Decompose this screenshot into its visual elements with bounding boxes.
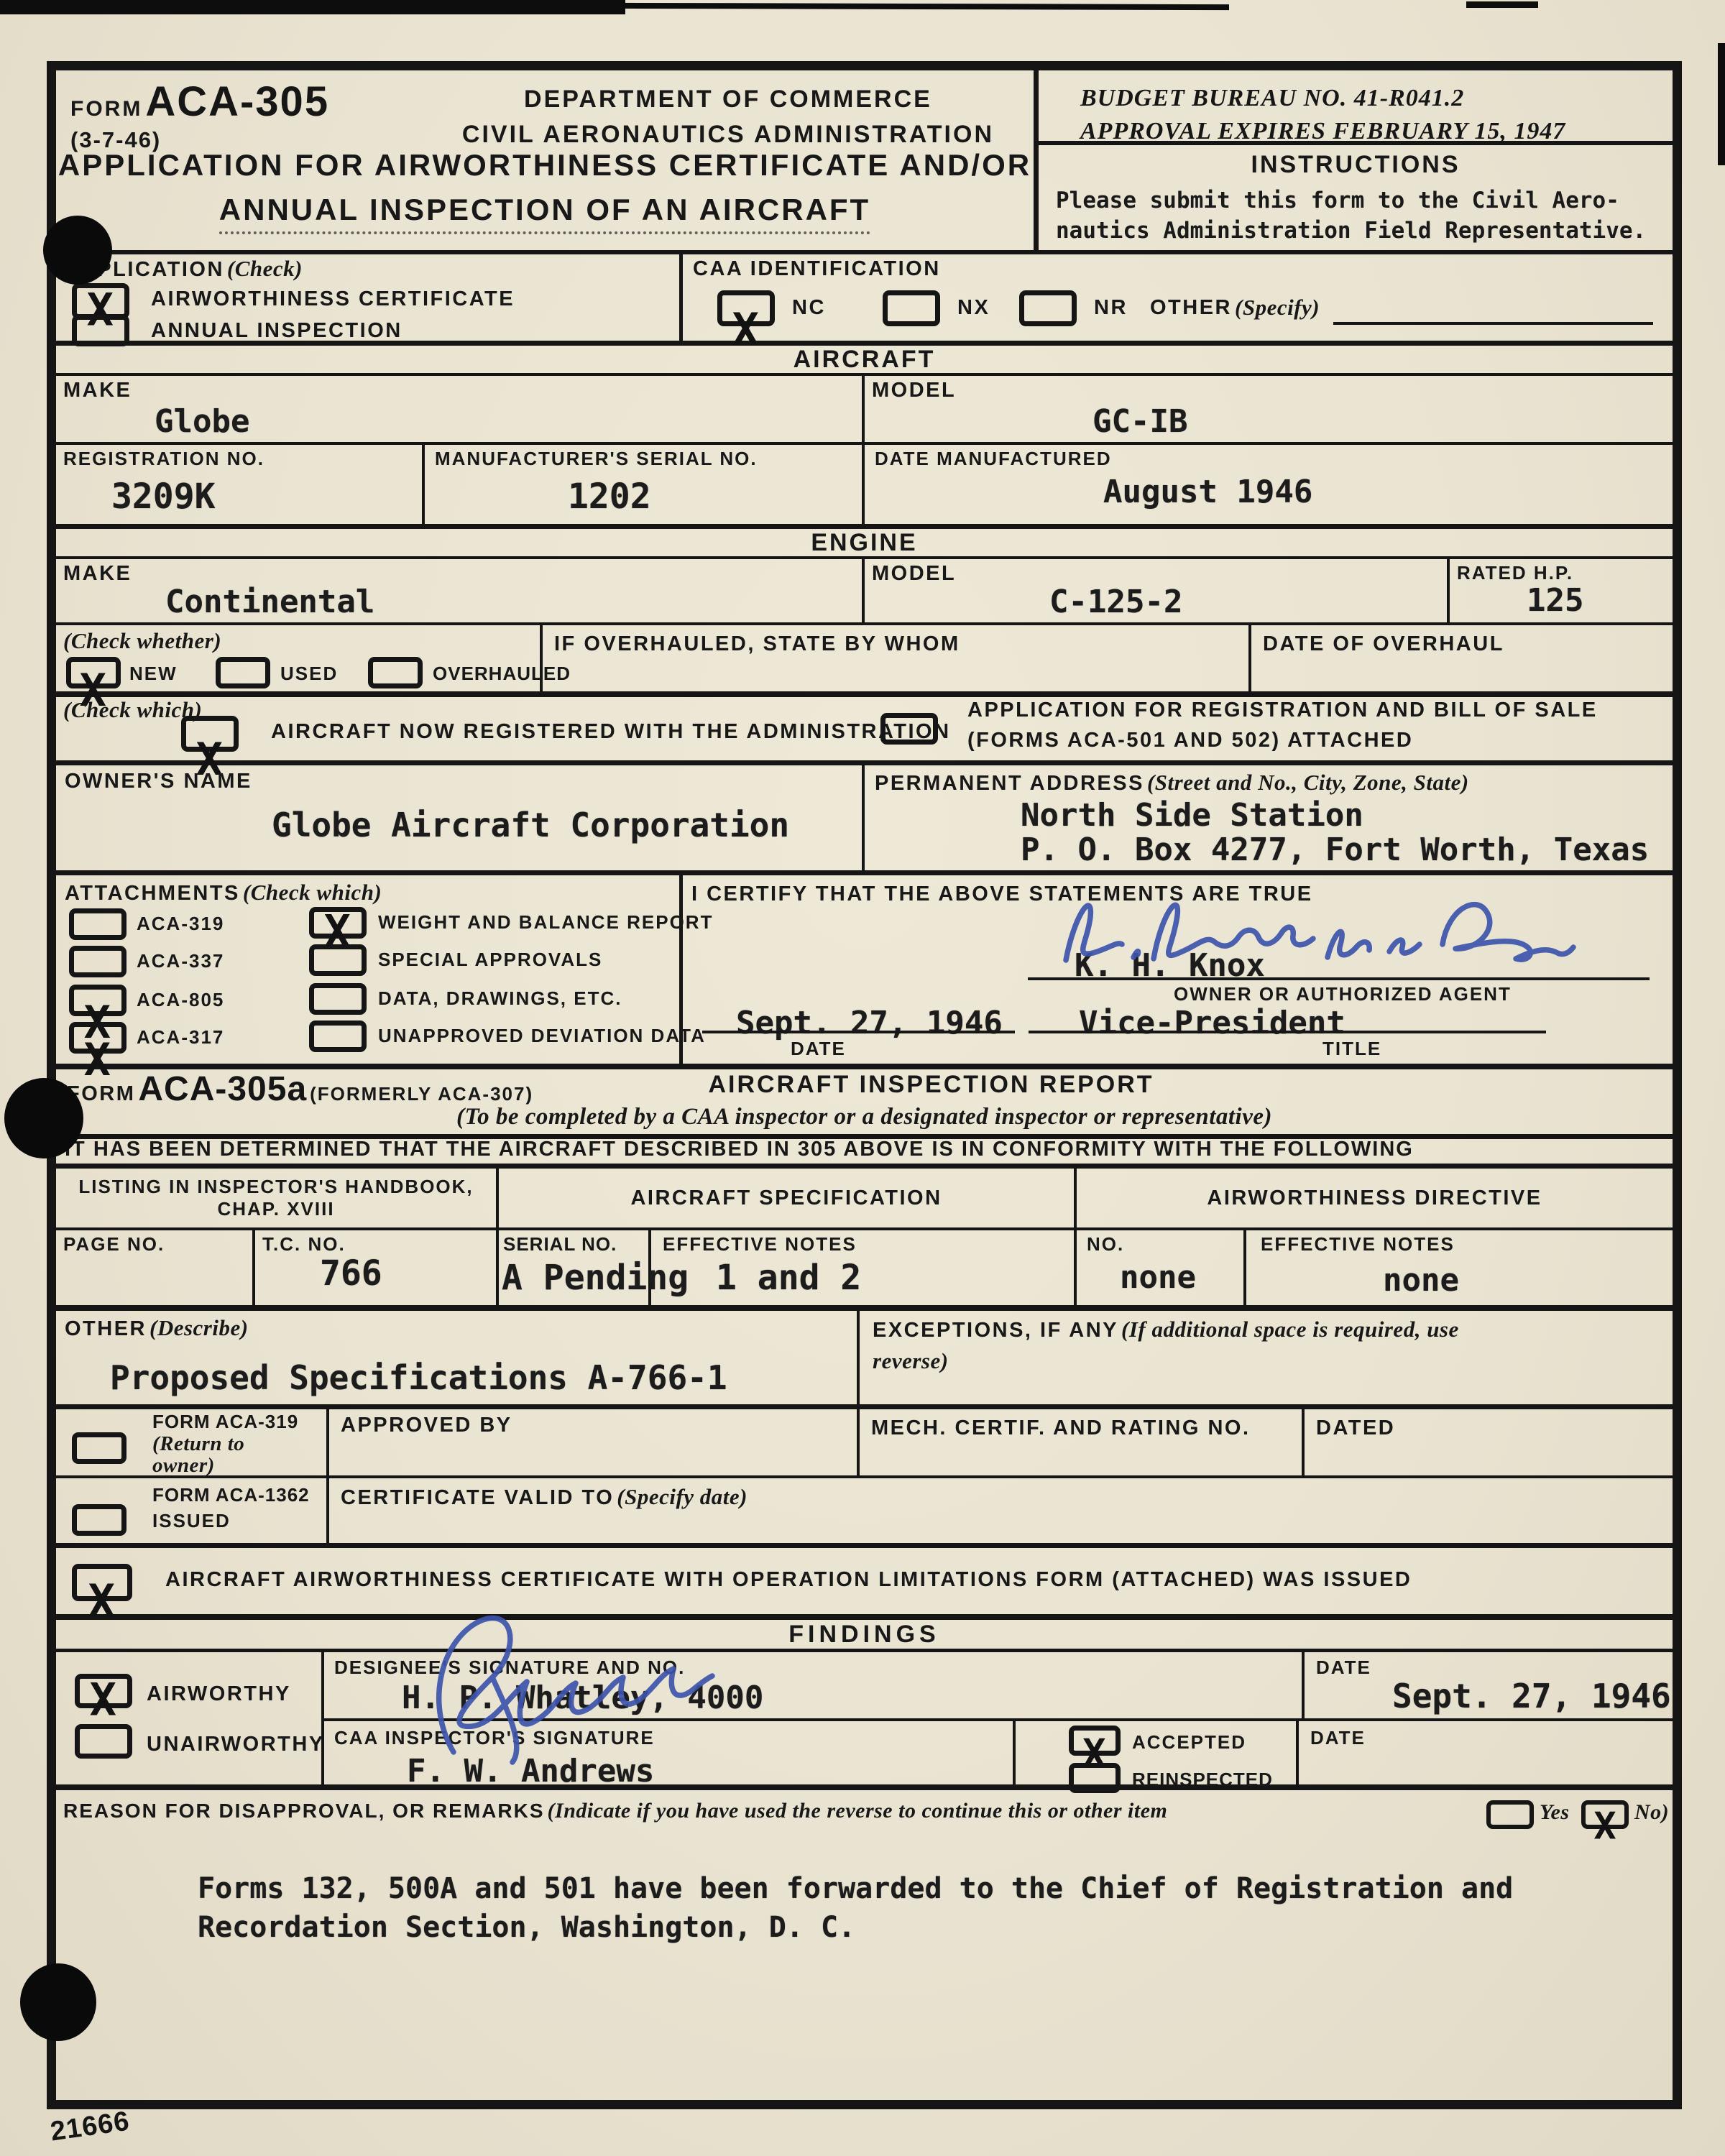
certification-title-label: TITLE — [1322, 1038, 1381, 1060]
aircraft-spec-header-cell: AIRCRAFT SPECIFICATION — [499, 1169, 1077, 1227]
header-row: FORM ACA-305 (3-7-46) DEPARTMENT OF COMM… — [56, 70, 1673, 254]
airworthiness-certificate-label: AIRWORTHINESS CERTIFICATE — [151, 287, 515, 311]
approved-by-label: APPROVED BY — [341, 1414, 512, 1437]
directive-no-label: NO. — [1087, 1233, 1124, 1256]
scanned-form-page: FORM ACA-305 (3-7-46) DEPARTMENT OF COMM… — [0, 0, 1725, 2156]
address-line2[interactable]: P. O. Box 4277, Fort Worth, Texas — [1021, 831, 1649, 868]
dept-line2: CIVIL AERONAUTICS ADMINISTRATION — [462, 121, 994, 148]
caa-identification-label: CAA IDENTIFICATION — [693, 257, 941, 281]
x-mark: X — [1593, 1808, 1616, 1846]
spec-table-header-row: LISTING IN INSPECTOR'S HANDBOOK, CHAP. X… — [56, 1169, 1673, 1230]
punch-hole-top — [43, 216, 112, 285]
certification-title-line[interactable] — [1029, 1003, 1546, 1033]
remarks-line2[interactable]: Recordation Section, Washington, D. C. — [198, 1911, 855, 1944]
other-describe-italic: (Describe) — [149, 1315, 249, 1340]
certification-cell: I CERTIFY THAT THE ABOVE STATEMENTS ARE … — [683, 875, 1673, 1064]
return-to-italic2: owner) — [152, 1454, 215, 1478]
designee-signature-cell: DESIGNEE'S SIGNATURE AND NO. H. P. Whatl… — [324, 1652, 1305, 1718]
form-title-line1: APPLICATION FOR AIRWORTHINESS CERTIFICAT… — [56, 148, 1034, 183]
special-approvals-label: SPECIAL APPROVALS — [378, 949, 602, 971]
aca-317-checkbox[interactable]: X — [69, 1022, 126, 1054]
dated-label: DATED — [1316, 1416, 1395, 1440]
certificate-valid-label: CERTIFICATE VALID TO — [341, 1486, 614, 1509]
exceptions-cell: EXCEPTIONS, IF ANY (If additional space … — [860, 1311, 1673, 1404]
certificate-issued-text: AIRCRAFT AIRWORTHINESS CERTIFICATE WITH … — [165, 1568, 1412, 1592]
aca-337-checkbox[interactable] — [69, 946, 126, 977]
registration-value[interactable]: 3209K — [111, 476, 216, 517]
directive-no-cell: NO. none — [1077, 1230, 1246, 1305]
address-line1[interactable]: North Side Station — [1021, 797, 1363, 834]
address-label: PERMANENT ADDRESS — [875, 772, 1144, 795]
inspector-row: CAA INSPECTOR'S SIGNATURE F. W. Andrews … — [324, 1721, 1673, 1784]
check-whether-cell: (Check whether) X NEW USED OVERHAULED — [56, 625, 543, 691]
serial-value[interactable]: 1202 — [568, 476, 651, 517]
unapproved-deviation-label: UNAPPROVED DEVIATION DATA — [378, 1025, 706, 1047]
certificate-valid-cell: CERTIFICATE VALID TO (Specify date) — [329, 1478, 1673, 1543]
certificate-valid-italic: (Specify date) — [617, 1484, 747, 1509]
inspection-formerly: (FORMERLY ACA-307) — [310, 1083, 533, 1105]
accepted-column: X ACCEPTED REINSPECTED — [1016, 1721, 1299, 1784]
aircraft-section-band: AIRCRAFT — [56, 346, 1673, 376]
directive-notes-label: EFFECTIVE NOTES — [1261, 1233, 1455, 1256]
aircraft-registration-row: REGISTRATION NO. 3209K MANUFACTURER'S SE… — [56, 445, 1673, 529]
form-number-block: FORM ACA-305 (3-7-46) — [70, 78, 329, 153]
findings-section-title: FINDINGS — [788, 1621, 939, 1649]
registration-cell: REGISTRATION NO. 3209K — [56, 445, 425, 524]
effective-notes-cell: EFFECTIVE NOTES 1 and 2 — [651, 1230, 1077, 1305]
scan-edge-mark — [0, 0, 625, 14]
scan-right-mark — [1718, 43, 1725, 165]
data-drawings-label: DATA, DRAWINGS, ETC. — [378, 987, 622, 1010]
aca-805-label: ACA-805 — [137, 989, 224, 1011]
owner-row: OWNER'S NAME Globe Aircraft Corporation … — [56, 765, 1673, 875]
inspection-report-header: FORM ACA-305a (FORMERLY ACA-307) AIRCRAF… — [56, 1069, 1673, 1139]
registration-label: REGISTRATION NO. — [63, 448, 264, 470]
data-drawings-checkbox[interactable] — [309, 983, 367, 1015]
used-checkbox[interactable] — [216, 657, 270, 688]
address-label-italic: (Street and No., City, Zone, State) — [1147, 770, 1469, 795]
disapproval-row: REASON FOR DISAPPROVAL, OR REMARKS (Indi… — [56, 1790, 1673, 1842]
application-cell: APPLICATION (Check) X AIRWORTHINESS CERT… — [56, 254, 683, 341]
nx-checkbox[interactable] — [883, 290, 940, 326]
directive-notes-cell: EFFECTIVE NOTES none — [1246, 1230, 1673, 1305]
inspector-date-cell: DATE — [1299, 1721, 1673, 1784]
approved-by-cell: APPROVED BY — [329, 1409, 860, 1475]
form-aca-1362-checkbox[interactable] — [72, 1504, 126, 1536]
form-aca-319-checkbox[interactable] — [72, 1432, 126, 1464]
caa-inspector-signature-cell: CAA INSPECTOR'S SIGNATURE F. W. Andrews — [324, 1721, 1016, 1784]
caa-identification-cell: CAA IDENTIFICATION X NC NX NR OTHER (Spe… — [683, 254, 1673, 341]
mech-certif-cell: MECH. CERTIF. AND RATING NO. — [860, 1409, 1305, 1475]
form-word: FORM — [70, 97, 142, 121]
punch-hole-bottom — [20, 1963, 96, 2041]
date-of-overhaul-cell: DATE OF OVERHAUL — [1251, 625, 1673, 691]
reinspected-checkbox[interactable] — [1069, 1763, 1121, 1793]
aca-319-label: ACA-319 — [137, 913, 224, 935]
certificate-issued-checkbox[interactable]: X — [72, 1564, 132, 1601]
remarks-area: Forms 132, 500A and 501 have been forwar… — [56, 1842, 1673, 2100]
designee-signature-label: DESIGNEE'S SIGNATURE AND NO. — [334, 1657, 685, 1679]
attachments-label-italic: (Check which) — [243, 880, 382, 905]
page-no-label: PAGE NO. — [63, 1233, 165, 1256]
nr-label: NR — [1094, 296, 1128, 320]
archive-number: 21666 — [49, 2106, 132, 2148]
aircraft-make-label: MAKE — [63, 379, 132, 402]
reverse-yes-label: Yes — [1540, 1800, 1570, 1825]
listing-header-line2: CHAP. XVIII — [217, 1198, 334, 1220]
designee-row: DESIGNEE'S SIGNATURE AND NO. H. P. Whatl… — [324, 1652, 1673, 1721]
aircraft-spec-header: AIRCRAFT SPECIFICATION — [630, 1187, 942, 1210]
budget-bureau-block: BUDGET BUREAU NO. 41-R041.2 APPROVAL EXP… — [1039, 70, 1673, 145]
engine-make-row: MAKE Continental MODEL C-125-2 RATED H.P… — [56, 559, 1673, 625]
exceptions-italic1: (If additional space is required, use — [1121, 1317, 1459, 1342]
engine-make-value[interactable]: Continental — [165, 584, 374, 620]
overhauled-by-whom-label: IF OVERHAULED, STATE BY WHOM — [554, 632, 960, 656]
nc-label: NC — [792, 296, 826, 320]
owner-signature-line[interactable] — [1028, 950, 1650, 980]
aircraft-section-title: AIRCRAFT — [793, 346, 936, 374]
aircraft-model-value[interactable]: GC-IB — [1092, 403, 1187, 440]
caa-inspector-label: CAA INSPECTOR'S SIGNATURE — [334, 1727, 655, 1749]
spec-table-values-row: PAGE NO. T.C. NO. 766 SERIAL NO. A Pendi… — [56, 1230, 1673, 1311]
engine-model-cell: MODEL C-125-2 — [865, 559, 1447, 622]
effective-notes-label: EFFECTIVE NOTES — [663, 1233, 857, 1256]
certificate-issued-cell: X AIRCRAFT AIRWORTHINESS CERTIFICATE WIT… — [56, 1548, 1673, 1614]
aircraft-model-label: MODEL — [872, 379, 956, 402]
airworthy-column: X AIRWORTHY UNAIRWORTHY — [56, 1652, 324, 1784]
aca-1362-cell: FORM ACA-1362 ISSUED — [56, 1478, 329, 1543]
check-whether-label: (Check whether) — [63, 628, 221, 654]
airworthiness-directive-header-cell: AIRWORTHINESS DIRECTIVE — [1077, 1169, 1673, 1227]
application-check-italic: (Check) — [227, 256, 303, 281]
directive-no-value[interactable]: none — [1120, 1259, 1196, 1296]
weight-balance-checkbox[interactable]: X — [309, 907, 367, 939]
punch-hole-middle — [4, 1078, 83, 1158]
dated-cell: DATED — [1305, 1409, 1673, 1475]
designee-date-cell: DATE Sept. 27, 1946 — [1305, 1652, 1673, 1718]
rated-hp-cell: RATED H.P. 125 — [1447, 559, 1673, 622]
inspector-date-label: DATE — [1310, 1727, 1366, 1749]
overhauled-checkbox[interactable] — [368, 657, 423, 688]
new-label: NEW — [129, 663, 178, 685]
aca-317-label: ACA-317 — [137, 1026, 224, 1049]
date-manufactured-label: DATE MANUFACTURED — [875, 448, 1112, 470]
disapproval-label: REASON FOR DISAPPROVAL, OR REMARKS — [63, 1800, 545, 1822]
unapproved-deviation-checkbox[interactable] — [309, 1021, 367, 1052]
aircraft-make-value[interactable]: Globe — [155, 403, 249, 440]
overhauled-by-whom-cell: IF OVERHAULED, STATE BY WHOM — [543, 625, 1251, 691]
annual-inspection-checkbox[interactable] — [72, 315, 129, 346]
caa-inspector-typed: F. W. Andrews — [407, 1753, 654, 1789]
tc-no-cell: T.C. NO. 766 — [255, 1230, 499, 1305]
inspection-subtitle: (To be completed by a CAA inspector or a… — [456, 1104, 1272, 1130]
owner-name-cell: OWNER'S NAME Globe Aircraft Corporation — [56, 765, 865, 870]
certificate-issued-row: X AIRCRAFT AIRWORTHINESS CERTIFICATE WIT… — [56, 1548, 1673, 1620]
rated-hp-label: RATED H.P. — [1457, 562, 1573, 584]
spec-serial-label: SERIAL NO. — [503, 1233, 617, 1256]
accepted-checkbox[interactable]: X — [1069, 1726, 1121, 1756]
form-aca-1362-label: FORM ACA-1362 — [152, 1484, 310, 1506]
airworthiness-certificate-checkbox[interactable]: X — [72, 283, 129, 319]
aca-319-return-row: FORM ACA-319 (Return to owner) APPROVED … — [56, 1409, 1673, 1478]
reverse-yes-checkbox[interactable] — [1486, 1800, 1534, 1829]
inspection-header-cell: FORM ACA-305a (FORMERLY ACA-307) AIRCRAF… — [56, 1069, 1673, 1134]
page-no-cell: PAGE NO. — [56, 1230, 255, 1305]
listing-header-line1: LISTING IN INSPECTOR'S HANDBOOK, — [78, 1176, 473, 1198]
unairworthy-checkbox[interactable] — [75, 1724, 132, 1759]
x-mark: X — [90, 1677, 116, 1722]
findings-body: X AIRWORTHY UNAIRWORTHY DESIGNEE'S SIGNA… — [56, 1652, 1673, 1790]
spec-serial-value[interactable]: A Pending — [502, 1258, 689, 1298]
used-label: USED — [280, 663, 338, 685]
issued-label: ISSUED — [152, 1510, 231, 1532]
owner-agent-label: OWNER OR AUTHORIZED AGENT — [1174, 983, 1512, 1005]
aca-319-return-cell: FORM ACA-319 (Return to owner) — [56, 1409, 329, 1475]
form-aca-305: FORM ACA-305 (3-7-46) DEPARTMENT OF COMM… — [47, 61, 1682, 2109]
engine-make-label: MAKE — [63, 562, 132, 586]
form-title-line2: ANNUAL INSPECTION OF AN AIRCRAFT — [219, 193, 870, 234]
determined-row: IT HAS BEEN DETERMINED THAT THE AIRCRAFT… — [56, 1139, 1673, 1169]
owner-name-label: OWNER'S NAME — [65, 770, 252, 793]
form-number: ACA-305 — [145, 78, 329, 125]
findings-right: DESIGNEE'S SIGNATURE AND NO. H. P. Whatl… — [324, 1652, 1673, 1784]
reinspected-label: REINSPECTED — [1132, 1769, 1273, 1791]
date-of-overhaul-label: DATE OF OVERHAUL — [1263, 632, 1504, 656]
budget-line1: BUDGET BUREAU NO. 41-R041.2 — [1080, 82, 1673, 115]
disapproval-italic: (Indicate if you have used the reverse t… — [548, 1799, 1168, 1823]
designee-date-label: DATE — [1316, 1657, 1371, 1679]
airworthy-label: AIRWORTHY — [147, 1682, 291, 1706]
determined-cell: IT HAS BEEN DETERMINED THAT THE AIRCRAFT… — [56, 1139, 1673, 1164]
accepted-label: ACCEPTED — [1132, 1731, 1246, 1754]
department-block: DEPARTMENT OF COMMERCE CIVIL AERONAUTICS… — [462, 82, 994, 153]
spec-serial-cell: SERIAL NO. A Pending — [499, 1230, 651, 1305]
application-row: APPLICATION (Check) X AIRWORTHINESS CERT… — [56, 254, 1673, 346]
registered-checkbox[interactable]: X — [181, 716, 239, 752]
nx-label: NX — [957, 296, 990, 320]
designee-date-value[interactable]: Sept. 27, 1946 — [1392, 1677, 1671, 1715]
certification-date-label: DATE — [791, 1038, 846, 1060]
aca-805-checkbox[interactable]: X — [69, 985, 126, 1016]
determined-statement: IT HAS BEEN DETERMINED THAT THE AIRCRAFT… — [65, 1138, 1414, 1161]
aircraft-make-cell: MAKE Globe — [56, 376, 865, 442]
remarks-cell: Forms 132, 500A and 501 have been forwar… — [56, 1842, 1673, 2100]
application-registration-checkbox[interactable] — [880, 713, 938, 745]
scan-speck — [1466, 1, 1538, 8]
unairworthy-label: UNAIRWORTHY — [147, 1733, 325, 1756]
new-checkbox[interactable]: X — [66, 657, 121, 688]
header-left-cell: FORM ACA-305 (3-7-46) DEPARTMENT OF COMM… — [56, 70, 1039, 250]
nc-checkbox[interactable]: X — [717, 290, 775, 326]
form-title: APPLICATION FOR AIRWORTHINESS CERTIFICAT… — [56, 148, 1034, 234]
other-label: OTHER — [1150, 296, 1232, 320]
registration-status-row: (Check which) X AIRCRAFT NOW REGISTERED … — [56, 697, 1673, 765]
findings-band: FINDINGS — [56, 1620, 1673, 1652]
exceptions-label: EXCEPTIONS, IF ANY — [873, 1319, 1118, 1342]
reverse-no-label: No) — [1634, 1800, 1669, 1825]
date-manufactured-cell: DATE MANUFACTURED August 1946 — [865, 445, 1673, 524]
other-describe-cell: OTHER (Describe) Proposed Specifications… — [56, 1311, 860, 1404]
registration-status-cell: (Check which) X AIRCRAFT NOW REGISTERED … — [56, 697, 1673, 760]
certify-statement: I CERTIFY THAT THE ABOVE STATEMENTS ARE … — [691, 883, 1313, 906]
airworthy-checkbox[interactable]: X — [75, 1674, 132, 1708]
header-right-cell: BUDGET BUREAU NO. 41-R041.2 APPROVAL EXP… — [1039, 70, 1673, 250]
weight-balance-label: WEIGHT AND BALANCE REPORT — [378, 911, 713, 934]
return-to-italic1: (Return to — [152, 1432, 244, 1456]
aircraft-make-row: MAKE Globe MODEL GC-IB — [56, 376, 1673, 445]
aircraft-model-cell: MODEL GC-IB — [865, 376, 1673, 442]
x-mark: X — [88, 1579, 115, 1623]
aca-1362-row: FORM ACA-1362 ISSUED CERTIFICATE VALID T… — [56, 1478, 1673, 1548]
budget-line2: APPROVAL EXPIRES FEBRUARY 15, 1947 — [1080, 115, 1673, 148]
other-describe-value[interactable]: Proposed Specifications A-766-1 — [110, 1358, 727, 1397]
engine-condition-row: (Check whether) X NEW USED OVERHAULED IF… — [56, 625, 1673, 697]
registered-label: AIRCRAFT NOW REGISTERED WITH THE ADMINIS… — [271, 720, 951, 744]
listing-header-cell: LISTING IN INSPECTOR'S HANDBOOK, CHAP. X… — [56, 1169, 499, 1227]
mech-certif-label: MECH. CERTIF. AND RATING NO. — [871, 1416, 1251, 1440]
effective-notes-value[interactable]: 1 and 2 — [716, 1258, 861, 1298]
instructions-block: INSTRUCTIONS Please submit this form to … — [1039, 145, 1673, 247]
annual-inspection-label: ANNUAL INSPECTION — [151, 319, 402, 343]
other-describe-label: OTHER — [65, 1317, 147, 1340]
instructions-title: INSTRUCTIONS — [1039, 151, 1673, 179]
rated-hp-value[interactable]: 125 — [1527, 582, 1583, 619]
remarks-line1[interactable]: Forms 132, 500A and 501 have been forwar… — [198, 1872, 1513, 1905]
engine-model-value[interactable]: C-125-2 — [1049, 584, 1182, 620]
inspection-title: AIRCRAFT INSPECTION REPORT — [708, 1071, 1154, 1099]
date-manufactured-value[interactable]: August 1946 — [1103, 474, 1312, 510]
scan-edge-line — [618, 3, 1229, 10]
directive-notes-value[interactable]: none — [1383, 1262, 1459, 1299]
attachments-cell: ATTACHMENTS (Check which) ACA-319 X WEIG… — [56, 875, 683, 1064]
aca-337-label: ACA-337 — [137, 950, 224, 972]
serial-label: MANUFACTURER'S SERIAL NO. — [435, 448, 758, 470]
other-specify-line[interactable] — [1333, 295, 1653, 325]
other-specify-italic: (Specify) — [1235, 295, 1320, 321]
other-exceptions-row: OTHER (Describe) Proposed Specifications… — [56, 1311, 1673, 1409]
certification-date-line[interactable] — [702, 1003, 1015, 1033]
aca-319-checkbox[interactable] — [69, 908, 126, 940]
exceptions-italic2: reverse) — [873, 1348, 949, 1374]
tc-no-value[interactable]: 766 — [320, 1253, 382, 1294]
attachments-certify-row: ATTACHMENTS (Check which) ACA-319 X WEIG… — [56, 875, 1673, 1069]
serial-cell: MANUFACTURER'S SERIAL NO. 1202 — [425, 445, 865, 524]
attachments-label: ATTACHMENTS — [65, 882, 240, 905]
form-aca-319-label: FORM ACA-319 — [152, 1411, 298, 1433]
engine-make-cell: MAKE Continental — [56, 559, 865, 622]
airworthiness-directive-header: AIRWORTHINESS DIRECTIVE — [1207, 1187, 1542, 1210]
engine-section-band: ENGINE — [56, 529, 1673, 559]
special-approvals-checkbox[interactable] — [309, 944, 367, 976]
application-registration-line2: (FORMS ACA-501 AND 502) ATTACHED — [967, 729, 1413, 752]
nr-checkbox[interactable] — [1019, 290, 1077, 326]
engine-model-label: MODEL — [872, 562, 956, 586]
owner-name-value[interactable]: Globe Aircraft Corporation — [272, 806, 789, 844]
dept-line1: DEPARTMENT OF COMMERCE — [524, 86, 932, 113]
tc-no-label: T.C. NO. — [262, 1233, 346, 1256]
disapproval-cell: REASON FOR DISAPPROVAL, OR REMARKS (Indi… — [56, 1790, 1673, 1842]
instructions-text: Please submit this form to the Civil Aer… — [1039, 179, 1673, 247]
designee-signature-typed: H. P. Whatley, 4000 — [402, 1680, 763, 1716]
reverse-no-checkbox[interactable]: X — [1581, 1800, 1629, 1829]
owner-address-cell: PERMANENT ADDRESS (Street and No., City,… — [865, 765, 1673, 870]
inspection-form-number: ACA-305a — [138, 1070, 307, 1108]
application-registration-line1: APPLICATION FOR REGISTRATION AND BILL OF… — [967, 699, 1598, 722]
engine-section-title: ENGINE — [811, 529, 917, 557]
